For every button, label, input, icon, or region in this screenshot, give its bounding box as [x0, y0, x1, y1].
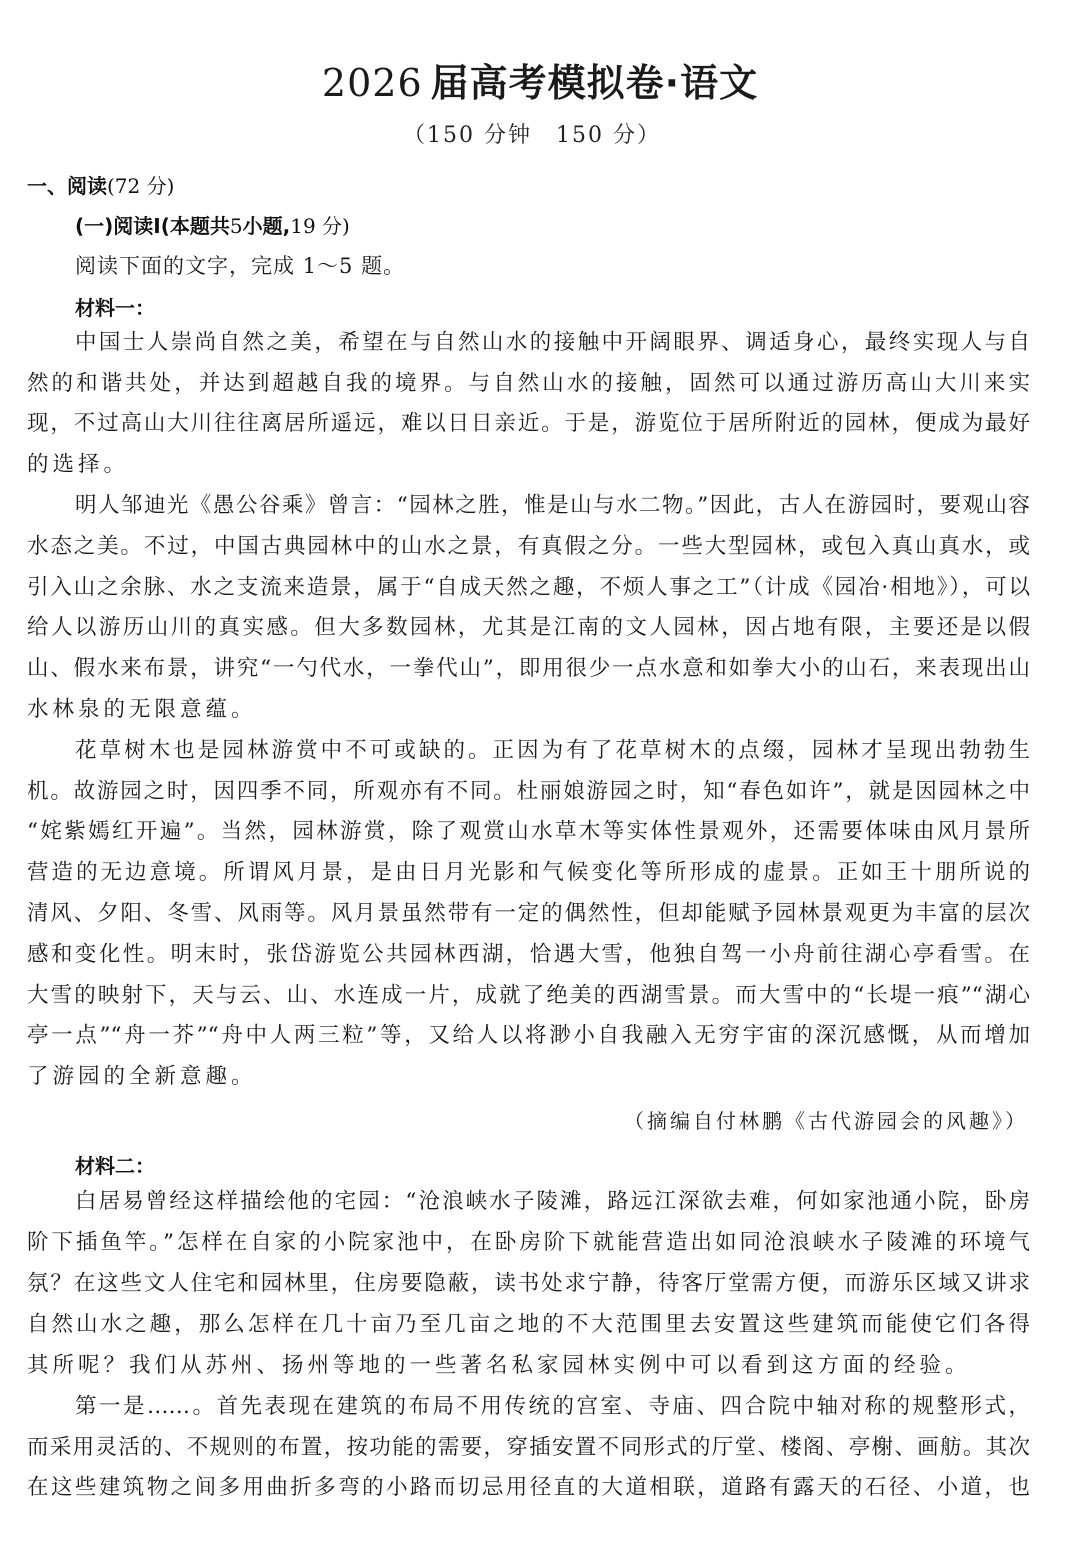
paragraph-line: 而采用灵活的、不规则的布置，按功能的需要，穿插安置不同形式的厅堂、楼阁、亭榭、画… — [27, 1434, 1030, 1462]
section-heading-text: 一、阅读 — [27, 174, 107, 198]
sub-heading-mid: 小题, — [243, 214, 291, 238]
paragraph-line: 然的和谐共处，并达到超越自我的境界。与自然山水的接触，固然可以通过游历高山大川来… — [27, 370, 1030, 398]
paragraph-line: 白居易曾经这样描绘他的宅园：“沧浪峡水子陵滩，路远江深欲去难，何如家池通小院，卧… — [75, 1188, 1030, 1216]
sub-heading-score: 19 分) — [290, 214, 350, 238]
paragraph-line: 其所呢？我们从苏州、扬州等地的一些著名私家园林实例中可以看到这方面的经验。 — [27, 1352, 1030, 1380]
sub-section-heading: (一)阅读Ⅰ(本题共5小题,19 分) — [75, 210, 350, 239]
section-heading: 一、阅读(72 分) — [27, 170, 174, 199]
sub-heading-text: (一)阅读Ⅰ(本题共 — [75, 214, 230, 238]
paragraph-line: 氛？在这些文人住宅和园林里，住房要隐蔽，读书处求宁静，待客厅堂需方便，而游乐区域… — [27, 1270, 1030, 1298]
paragraph-line: 引入山之余脉、水之支流来造景，属于“自成天然之趣，不烦人事之工”（计成《园冶·相… — [27, 574, 1030, 602]
paragraph-line: 阶下插鱼竿。”怎样在自家的小院家池中，在卧房阶下就能营造出如同沧浪峡水子陵滩的环… — [27, 1229, 1030, 1257]
paragraph-line: 大雪的映射下，天与云、山、水连成一片，成就了绝美的西湖雪景。而大雪中的“长堤一痕… — [27, 982, 1030, 1010]
material-one-label: 材料一： — [75, 292, 155, 321]
paragraph-line: 明人邹迪光《愚公谷乘》曾言：“园林之胜，惟是山与水二物。”因此，古人在游园时，要… — [75, 492, 1030, 520]
paragraph-line: “姹紫嫣红开遍”。当然，园林游赏，除了观赏山水草木等实体性景观外，还需要体味由风… — [27, 818, 1030, 846]
exam-subtitle: （150 分钟 150 分） — [0, 118, 1064, 149]
instruction: 阅读下面的文字，完成 1～5 题。 — [75, 250, 405, 280]
paragraph-line: 在这些建筑物之间多用曲折多弯的小路而切忌用径直的大道相联，道路有露天的石径、小道… — [27, 1474, 1030, 1502]
exam-title: 2026届高考模拟卷·语文 — [0, 52, 1080, 107]
paragraph-line: 水态之美。不过，中国古典园林中的山水之景，有真假之分。一些大型园林，或包入真山真… — [27, 533, 1030, 561]
section-score: (72 分) — [107, 174, 174, 198]
question-count: 5 — [230, 214, 243, 238]
paragraph-line: 感和变化性。明末时，张岱游览公共园林西湖，恰遇大雪，他独自驾一小舟前往湖心亭看雪… — [27, 941, 1030, 969]
material-two-label: 材料二： — [75, 1150, 155, 1179]
paragraph-line: 给人以游历山川的真实感。但大多数园林，尤其是江南的文人园林，因占地有限，主要还是… — [27, 614, 1030, 642]
material-one-source: （摘编自付林鹏《古代游园会的风趣》） — [624, 1105, 1028, 1134]
paragraph-line: 营造的无边意境。所谓风月景，是由日月光影和气候变化等所形成的虚景。正如王十朋所说… — [27, 859, 1030, 887]
paragraph-line: 山、假水来布景，讲究“一勺代水，一拳代山”，即用很少一点水意和如拳大小的山石，来… — [27, 655, 1030, 683]
paragraph-line: 亭一点”“舟一芥”“舟中人两三粒”等，又给人以将渺小自我融入无穷宇宙的深沉感慨，… — [27, 1022, 1030, 1050]
title-year: 2026 — [322, 61, 423, 105]
paragraph-line: 花草树木也是园林游赏中不可或缺的。正因为有了花草树木的点缀，园林才呈现出勃勃生 — [75, 737, 1030, 765]
paragraph-line: 清风、夕阳、冬雪、风雨等。风月景虽然带有一定的偶然性，但却能赋予园林景观更为丰富… — [27, 900, 1030, 928]
paragraph-line: 中国士人崇尚自然之美，希望在与自然山水的接触中开阔眼界、调适身心，最终实现人与自 — [75, 329, 1030, 357]
paragraph-line: 机。故游园之时，因四季不同，所观亦有不同。杜丽娘游园之时，知“春色如许”，就是因… — [27, 778, 1030, 806]
paragraph-line: 水林泉的无限意蕴。 — [27, 696, 1030, 724]
paragraph-line: 自然山水之趣，那么怎样在几十亩乃至几亩之地的不大范围里去安置这些建筑而能使它们各… — [27, 1311, 1030, 1339]
paragraph-line: 的选择。 — [27, 451, 1030, 479]
paragraph-line: 第一是……。首先表现在建筑的布局不用传统的宫室、寺庙、四合院中轴对称的规整形式， — [75, 1393, 1030, 1421]
paragraph-line: 现，不过高山大川往往离居所遥远，难以日日亲近。于是，游览位于居所附近的园林，便成… — [27, 410, 1030, 438]
title-text: 届高考模拟卷·语文 — [431, 61, 758, 105]
paragraph-line: 了游园的全新意趣。 — [27, 1063, 1030, 1091]
